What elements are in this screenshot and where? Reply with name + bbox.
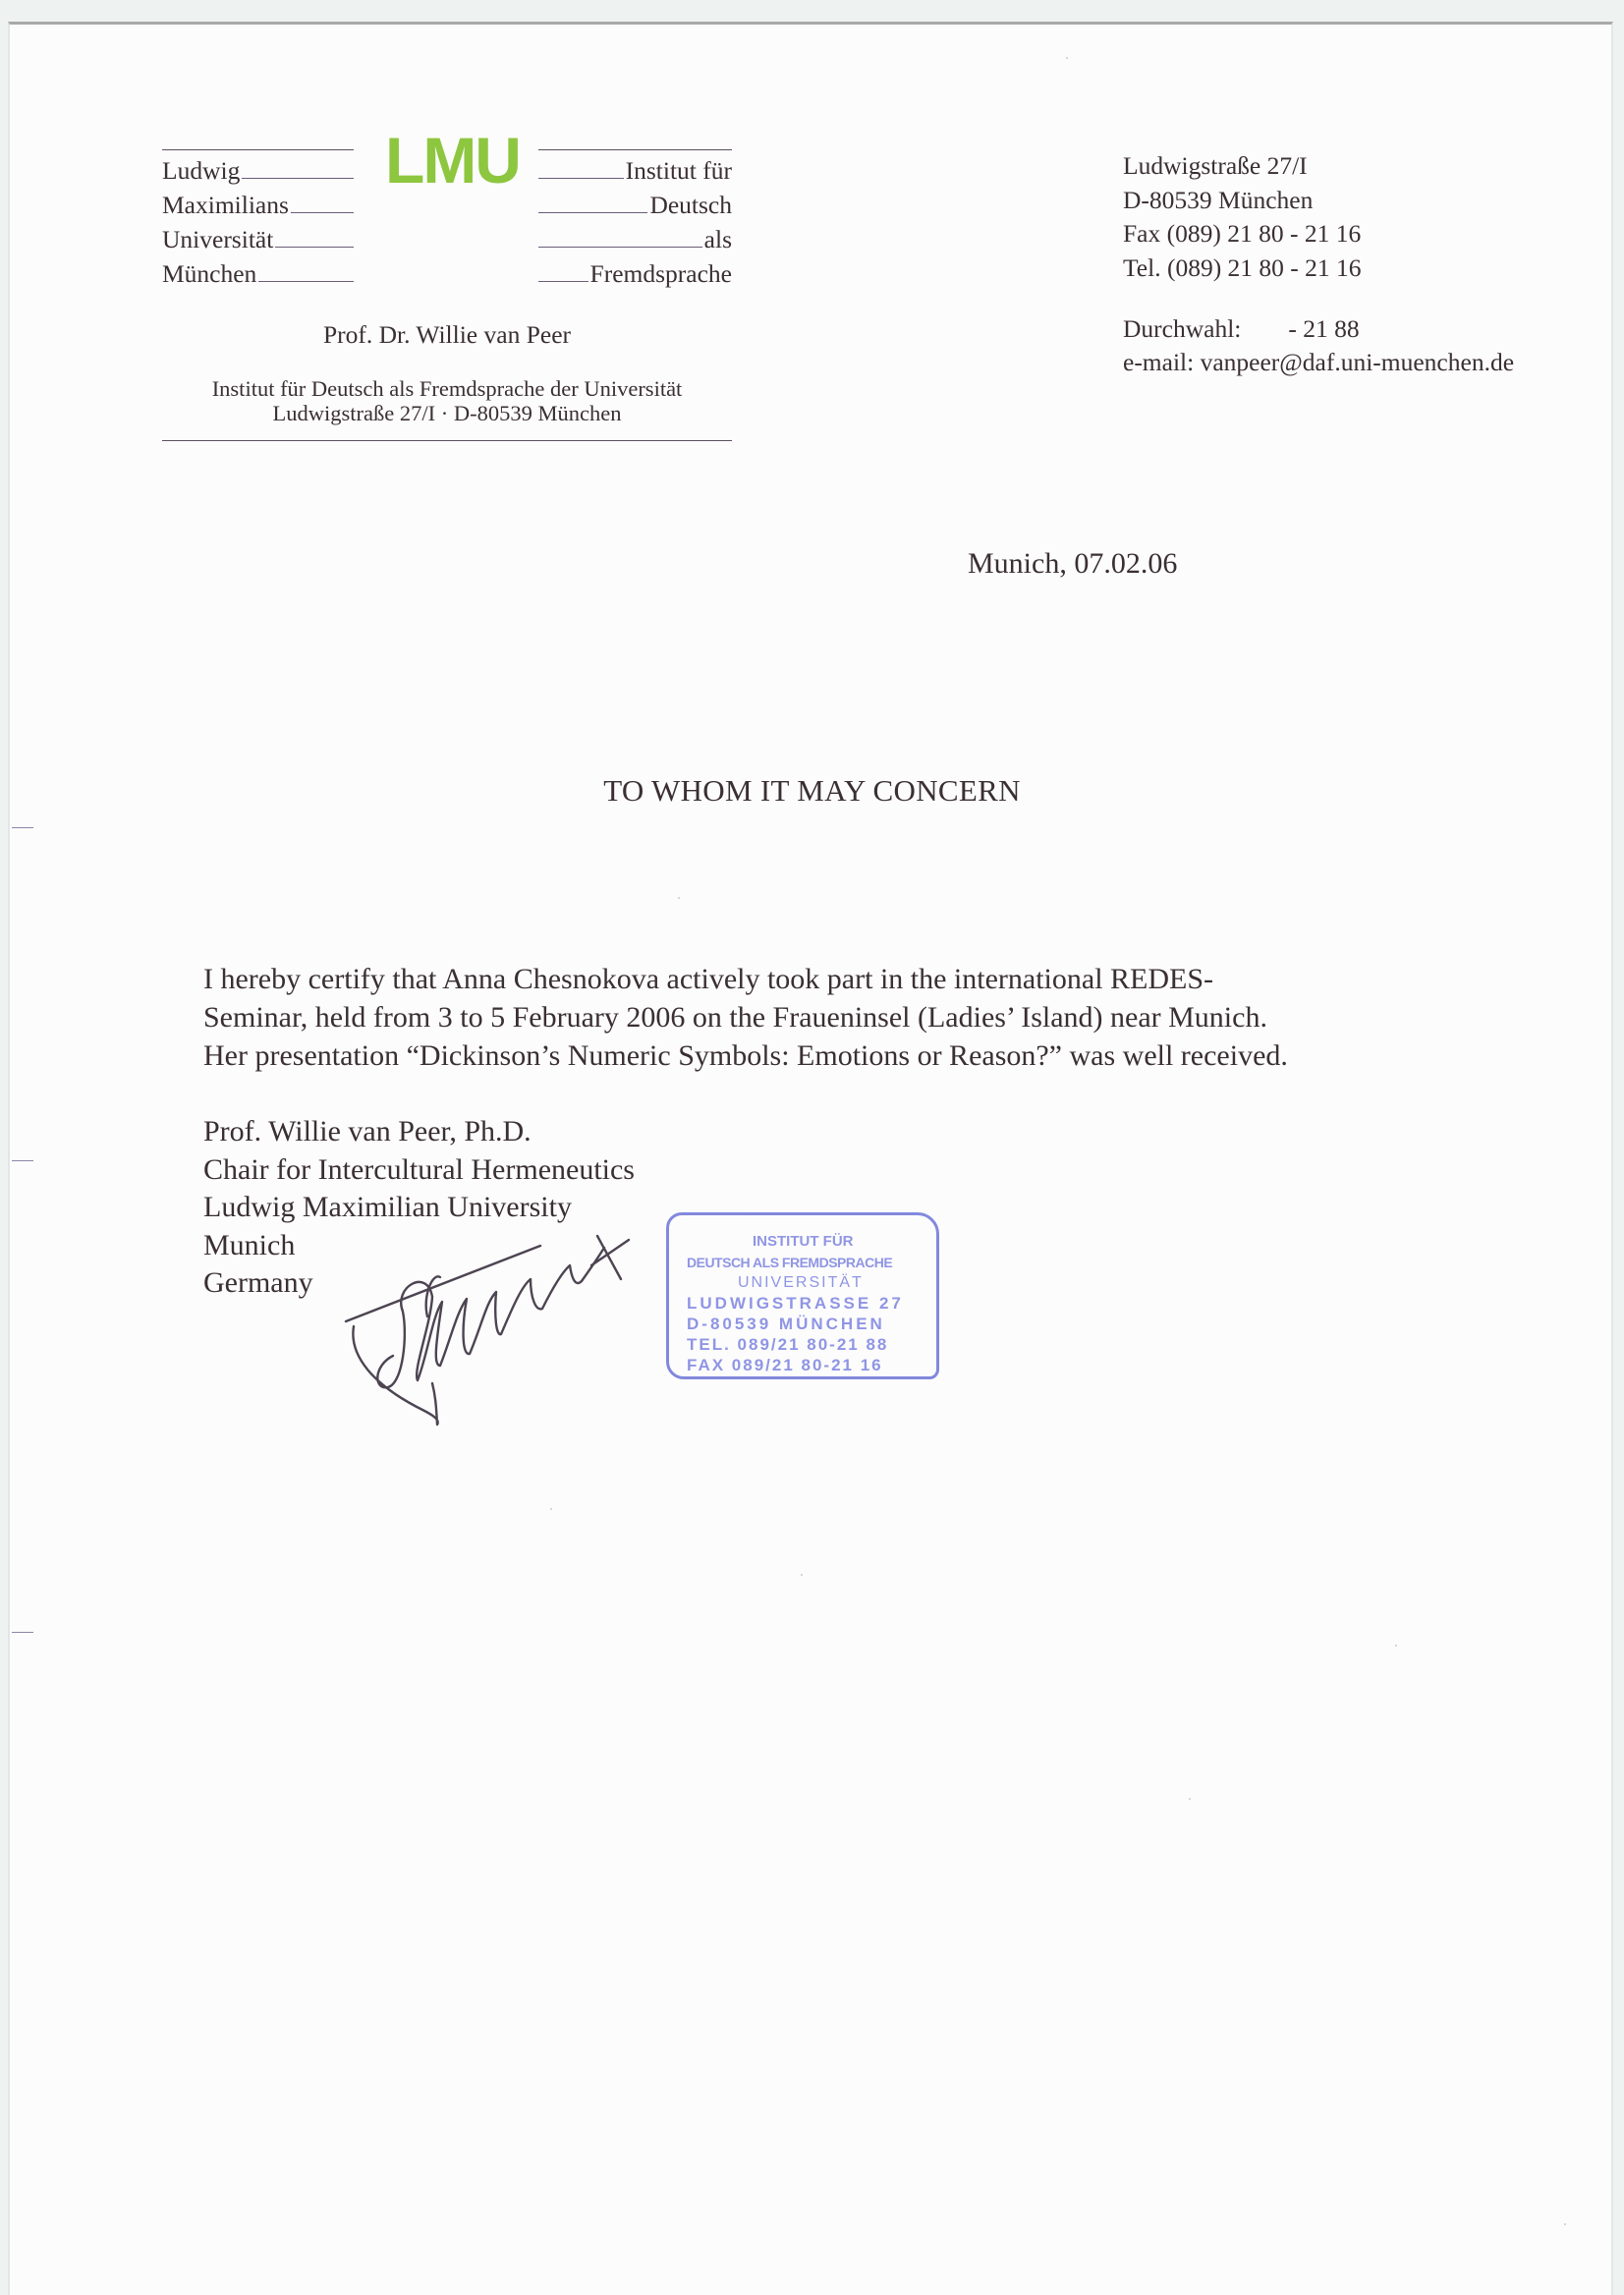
letterhead-left-line: München [162, 256, 354, 291]
letterhead-left-line: Ludwig [162, 153, 354, 188]
scan-speck [801, 1574, 803, 1576]
fold-mark [12, 1632, 33, 1633]
letter-date: Munich, 07.02.06 [968, 547, 1177, 581]
body-line: I hereby certify that Anna Chesnokova ac… [203, 960, 1288, 998]
fold-mark [12, 1160, 33, 1161]
handwritten-signature [334, 1218, 668, 1434]
contact-tel: Tel. (089) 21 80 - 21 16 [1123, 252, 1362, 286]
letterhead-bottom-rule [162, 440, 732, 441]
contact-street: Ludwigstraße 27/I [1123, 149, 1308, 184]
body-line: Seminar, held from 3 to 5 February 2006 … [203, 998, 1288, 1036]
institute-stamp: INSTITUT FÜR DEUTSCH ALS FREMDSPRACHE UN… [666, 1212, 939, 1379]
letterhead-rule [538, 149, 732, 150]
contact-email: e-mail: vanpeer@daf.uni-muenchen.de [1123, 346, 1514, 380]
institute-address-line: Ludwigstraße 27/I · D-80539 München [162, 401, 732, 425]
scan-speck [550, 1508, 552, 1510]
scan-speck [1564, 2223, 1566, 2225]
professor-name: Prof. Dr. Willie van Peer [162, 320, 732, 350]
letterhead-left-line: Maximilians [162, 188, 354, 222]
scan-speck [1066, 57, 1068, 59]
institute-address-line: Institut für Deutsch als Fremdsprache de… [162, 376, 732, 401]
letter-body: I hereby certify that Anna Chesnokova ac… [203, 960, 1288, 1075]
letterhead-rule [162, 149, 354, 150]
body-line: Her presentation “Dickinson’s Numeric Sy… [203, 1036, 1288, 1075]
letterhead-right-line: Institut für [538, 153, 732, 188]
letterhead-left-line: Universität [162, 222, 354, 256]
fold-mark [12, 827, 33, 828]
signatory-name: Prof. Willie van Peer, Ph.D. [203, 1113, 635, 1151]
scan-speck [1189, 1798, 1191, 1800]
letterhead-right-line: Deutsch [538, 188, 732, 222]
letter-heading: TO WHOM IT MAY CONCERN [0, 773, 1624, 809]
scan-speck [1395, 1645, 1397, 1647]
signatory-title: Chair for Intercultural Hermeneutics [203, 1151, 635, 1190]
contact-fax: Fax (089) 21 80 - 21 16 [1123, 217, 1361, 252]
letterhead-right-line: Fremdsprache [538, 256, 732, 291]
contact-direct-line: Durchwahl:- 21 88 [1123, 312, 1360, 347]
lmu-logo: LMU [385, 126, 520, 195]
contact-city: D-80539 München [1123, 184, 1313, 218]
scan-speck [678, 897, 680, 899]
letterhead-right-line: als [538, 222, 732, 256]
